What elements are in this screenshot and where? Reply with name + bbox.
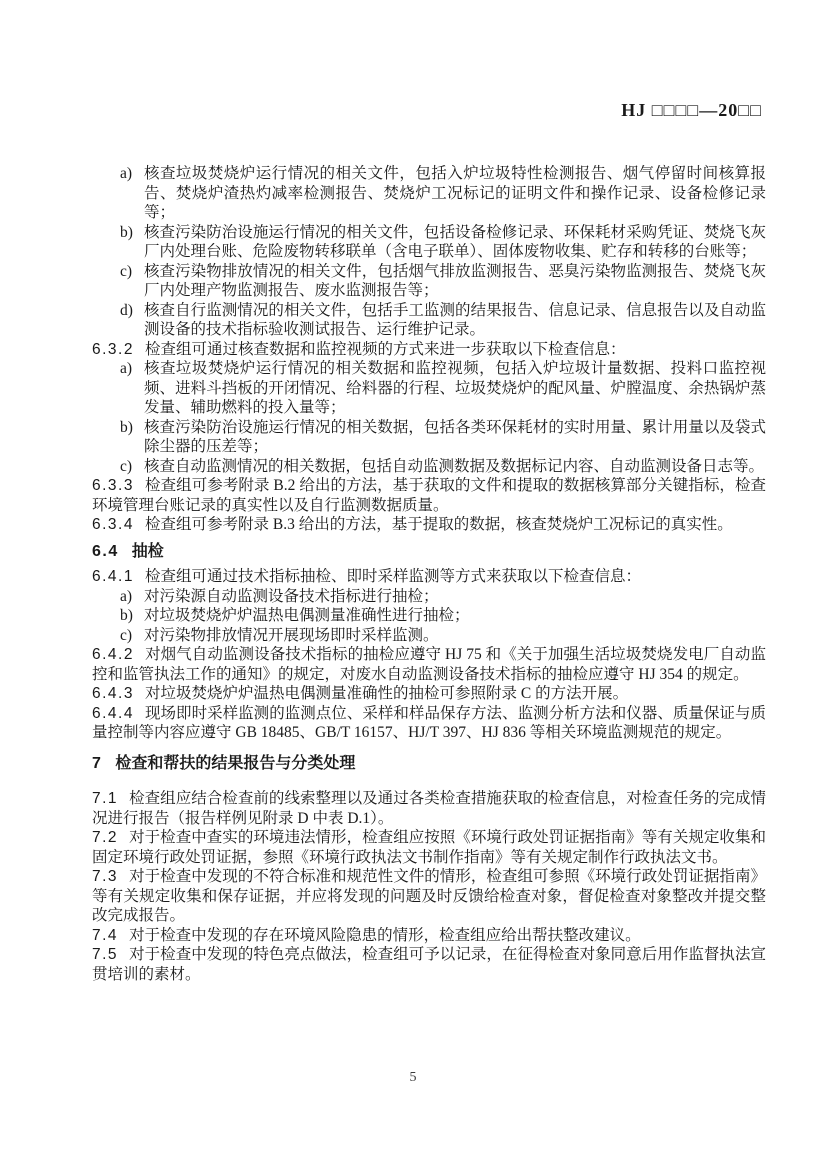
document-body: a) 核查垃圾焚烧炉运行情况的相关文件，包括入炉垃圾特性检测报告、烟气停留时间核… [92,164,766,984]
clause-6-4-1: 6.4.1检查组可通过技术指标抽检、即时采样监测等方式来获取以下检查信息： [92,567,766,587]
list-item-text: 对污染源自动监测设备技术指标进行抽检； [144,587,766,607]
clause-number: 6.4.3 [92,685,134,702]
clause-text: 检查组可参考附录 B.3 给出的方法，基于提取的数据，核查焚烧炉工况标记的真实性… [145,516,733,533]
clause-text: 检查组可参考附录 B.2 给出的方法，基于获取的文件和提取的数据核算部分关键指标… [92,477,766,514]
clause-6-4-3: 6.4.3对垃圾焚烧炉炉温热电偶测量准确性的抽检可参照附录 C 的方法开展。 [92,684,766,704]
clause-7-2: 7.2对于检查中查实的环境违法情形，检查组应按照《环境行政处罚证据指南》等有关规… [92,828,766,867]
clause-text: 检查组可通过核查数据和监控视频的方式来进一步获取以下检查信息： [145,341,626,358]
section-heading-6-4: 6.4抽检 [92,542,766,562]
clause-6-4-2: 6.4.2对烟气自动监测设备技术指标的抽检应遵守 HJ 75 和《关于加强生活垃… [92,645,766,684]
doc-code-header: HJ □□□□—20□□ [0,100,762,121]
clause-text: 对于检查中发现的特色亮点做法，检查组可予以记录，在征得检查对象同意后用作监督执法… [92,946,766,983]
clause-6-3-4: 6.3.4检查组可参考附录 B.3 给出的方法，基于提取的数据，核查焚烧炉工况标… [92,515,766,535]
section-heading-7: 7检查和帮扶的结果报告与分类处理 [92,754,766,774]
heading-title: 检查和帮扶的结果报告与分类处理 [115,755,355,772]
list-marker: d) [120,301,144,340]
list-marker: b) [120,606,144,626]
list-item-text: 核查垃圾焚烧炉运行情况的相关数据和监控视频，包括入炉垃圾计量数据、投料口监控视频… [144,359,766,418]
list-item-641-a: a) 对污染源自动监测设备技术指标进行抽检； [92,587,766,607]
clause-text: 对于检查中发现的存在环境风险隐患的情形，检查组应给出帮扶整改建议。 [129,927,641,944]
list-marker: c) [120,457,144,477]
list-item-641-c: c) 对污染物排放情况开展现场即时采样监测。 [92,626,766,646]
clause-number: 6.4.4 [92,705,134,722]
list-item-632-b: b) 核查污染防治设施运行情况的相关数据，包括各类环保耗材的实时用量、累计用量以… [92,418,766,457]
list-item-631-b: b) 核查污染防治设施运行情况的相关文件，包括设备检修记录、环保耗材采购凭证、焚… [92,223,766,262]
list-item-text: 核查垃圾焚烧炉运行情况的相关文件，包括入炉垃圾特性检测报告、烟气停留时间核算报告… [144,164,766,223]
list-marker: b) [120,223,144,262]
clause-text: 对于检查中查实的环境违法情形，检查组应按照《环境行政处罚证据指南》等有关规定收集… [92,829,766,866]
heading-title: 抽检 [132,543,164,560]
clause-text: 对垃圾焚烧炉炉温热电偶测量准确性的抽检可参照附录 C 的方法开展。 [145,685,628,702]
list-item-text: 对污染物排放情况开展现场即时采样监测。 [144,626,766,646]
clause-text: 对于检查中发现的不符合标准和规范性文件的情形，检查组可参照《环境行政处罚证据指南… [92,868,766,924]
list-item-631-c: c) 核查污染物排放情况的相关文件，包括烟气排放监测报告、恶臭污染物监测报告、焚… [92,262,766,301]
list-marker: a) [120,587,144,607]
clause-7-4: 7.4对于检查中发现的存在环境风险隐患的情形，检查组应给出帮扶整改建议。 [92,926,766,946]
list-item-632-a: a) 核查垃圾焚烧炉运行情况的相关数据和监控视频，包括入炉垃圾计量数据、投料口监… [92,359,766,418]
list-marker: c) [120,626,144,646]
clause-6-3-3: 6.3.3检查组可参考附录 B.2 给出的方法，基于获取的文件和提取的数据核算部… [92,476,766,515]
clause-6-4-4: 6.4.4现场即时采样监测的监测点位、采样和样品保存方法、监测分析方法和仪器、质… [92,704,766,743]
list-item-632-c: c) 核查自动监测情况的相关数据，包括自动监测数据及数据标记内容、自动监测设备日… [92,457,766,477]
clause-number: 7.5 [92,946,118,963]
list-item-text: 核查自动监测情况的相关数据，包括自动监测数据及数据标记内容、自动监测设备日志等。 [144,457,766,477]
list-marker: a) [120,164,144,223]
list-item-641-b: b) 对垃圾焚烧炉炉温热电偶测量准确性进行抽检； [92,606,766,626]
clause-text: 对烟气自动监测设备技术指标的抽检应遵守 HJ 75 和《关于加强生活垃圾焚烧发电… [92,646,766,683]
list-marker: a) [120,359,144,418]
list-item-text: 核查自行监测情况的相关文件，包括手工监测的结果报告、信息记录、信息报告以及自动监… [144,301,766,340]
clause-7-1: 7.1检查组应结合检查前的线索整理以及通过各类检查措施获取的检查信息，对检查任务… [92,789,766,828]
clause-text: 检查组应结合检查前的线索整理以及通过各类检查措施获取的检查信息，对检查任务的完成… [92,790,766,827]
clause-6-3-2: 6.3.2检查组可通过核查数据和监控视频的方式来进一步获取以下检查信息： [92,340,766,360]
clause-number: 6.3.4 [92,516,134,533]
list-marker: c) [120,262,144,301]
heading-number: 6.4 [92,543,119,560]
clause-number: 7.1 [92,790,118,807]
list-item-631-a: a) 核查垃圾焚烧炉运行情况的相关文件，包括入炉垃圾特性检测报告、烟气停留时间核… [92,164,766,223]
clause-text: 现场即时采样监测的监测点位、采样和样品保存方法、监测分析方法和仪器、质量保证与质… [92,705,766,742]
document-page: HJ □□□□—20□□ a) 核查垃圾焚烧炉运行情况的相关文件，包括入炉垃圾特… [0,0,826,1169]
list-marker: b) [120,418,144,457]
clause-number: 6.4.2 [92,646,134,663]
list-item-631-d: d) 核查自行监测情况的相关文件，包括手工监测的结果报告、信息记录、信息报告以及… [92,301,766,340]
clause-number: 7.3 [92,868,118,885]
list-item-text: 对垃圾焚烧炉炉温热电偶测量准确性进行抽检； [144,606,766,626]
clause-number: 6.4.1 [92,568,134,585]
clause-number: 6.3.3 [92,477,134,494]
clause-number: 7.2 [92,829,118,846]
clause-7-5: 7.5对于检查中发现的特色亮点做法，检查组可予以记录，在征得检查对象同意后用作监… [92,945,766,984]
clause-number: 7.4 [92,927,118,944]
list-item-text: 核查污染物排放情况的相关文件，包括烟气排放监测报告、恶臭污染物监测报告、焚烧飞灰… [144,262,766,301]
list-item-text: 核查污染防治设施运行情况的相关文件，包括设备检修记录、环保耗材采购凭证、焚烧飞灰… [144,223,766,262]
page-number: 5 [0,1070,826,1086]
list-item-text: 核查污染防治设施运行情况的相关数据，包括各类环保耗材的实时用量、累计用量以及袋式… [144,418,766,457]
clause-7-3: 7.3对于检查中发现的不符合标准和规范性文件的情形，检查组可参照《环境行政处罚证… [92,867,766,926]
clause-number: 6.3.2 [92,341,134,358]
clause-text: 检查组可通过技术指标抽检、即时采样监测等方式来获取以下检查信息： [145,568,641,585]
heading-number: 7 [92,755,102,772]
